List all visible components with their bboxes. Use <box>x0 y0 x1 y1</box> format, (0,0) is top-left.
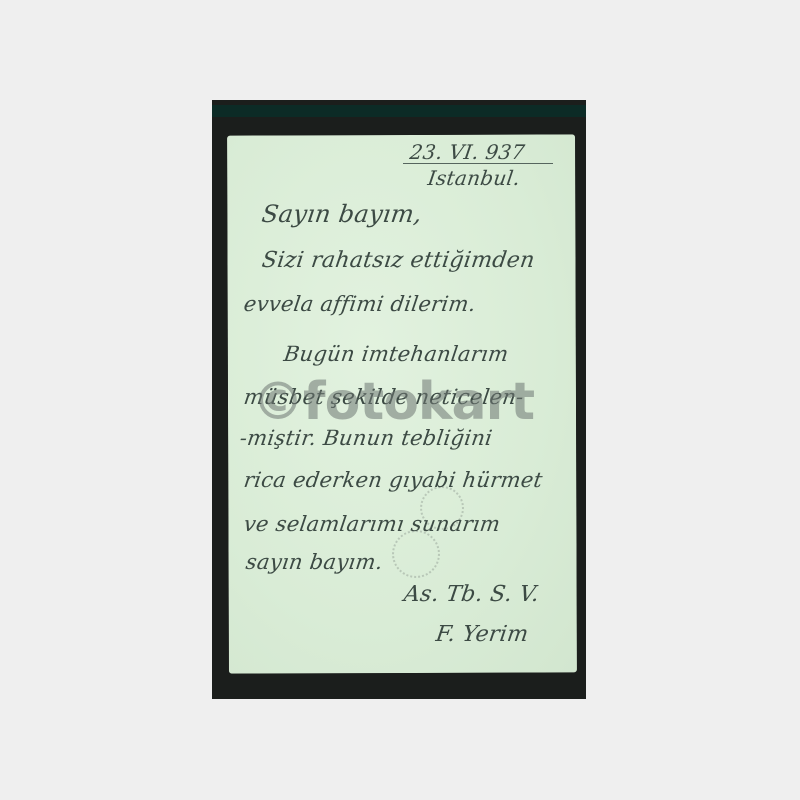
sender-title: As. Tb. S. V. <box>402 582 541 607</box>
frame-top-band <box>212 105 586 117</box>
letter-line-9: sayın bayım. <box>244 550 384 574</box>
letter-line-8: ve selamlarımı sunarım <box>242 512 502 536</box>
signature: F. Yerim <box>434 622 530 647</box>
letter-line-4: Bugün imtehanlarım <box>282 342 510 366</box>
letter-line-3: evvela affimi dilerim. <box>242 292 477 316</box>
watermark: ©fotokart <box>252 372 534 432</box>
faint-stamp-mark-2 <box>392 530 440 578</box>
letter-date: 23. VI. 937 <box>408 140 526 164</box>
letter-line-7: rica ederken gıyabi hürmet <box>242 468 544 492</box>
letter-line-1: Sayın bayım, <box>260 200 424 228</box>
letter-place: Istanbul. <box>426 166 522 190</box>
date-underline <box>403 163 553 164</box>
letter-line-2: Sizi rahatsız ettiğimden <box>260 248 536 273</box>
